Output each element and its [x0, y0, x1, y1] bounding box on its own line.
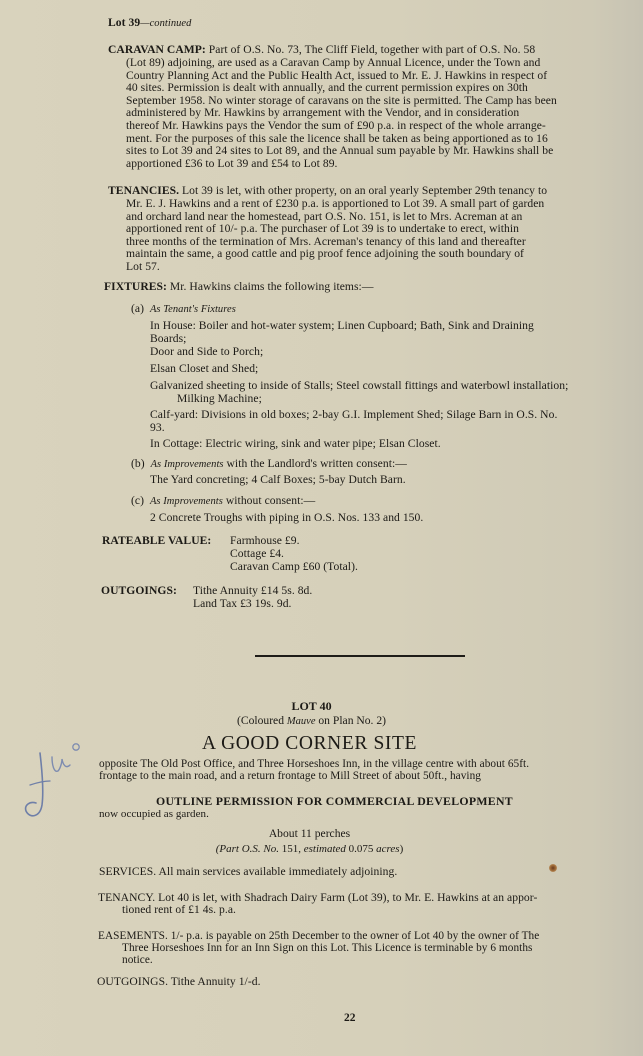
caravan-camp-line-1: (Lot 89) adjoining, are used as a Carava… — [126, 57, 540, 70]
fixtures-intro-text: Mr. Hawkins claims the following items:— — [170, 280, 374, 293]
lot40-easements-line-3: notice. — [122, 954, 153, 967]
fixtures-a-heading: (a) As Tenant's Fixtures — [131, 303, 236, 317]
area-detail-unit: acres — [376, 843, 399, 855]
lot39-outgoings-land-tax: Land Tax £3 19s. 9d. — [193, 598, 292, 611]
area-detail-os-number: 151, — [279, 843, 304, 855]
fixtures-c-marker: (c) — [131, 494, 144, 507]
fixtures-b-rest: with the Landlord's written consent:— — [227, 457, 407, 470]
fixtures-a-item-5: In Cottage: Electric wiring, sink and wa… — [150, 438, 441, 451]
lot40-subtitle-pre: (Coloured — [237, 714, 287, 727]
lot40-subtitle-colour: Mauve — [287, 716, 316, 727]
caravan-camp-line-8: sites to Lot 39 and 24 sites to Lot 89, … — [126, 145, 553, 158]
lot40-area: About 11 perches — [0, 827, 631, 840]
fixtures-label: FIXTURES: — [104, 280, 167, 293]
lot40-outgoings-text: Tithe Annuity 1/-d. — [171, 975, 261, 988]
caravan-camp-line-0: CARAVAN CAMP: Part of O.S. No. 73, The C… — [108, 44, 535, 57]
caravan-camp-label: CARAVAN CAMP: — [108, 43, 206, 56]
fixtures-c-title: As Improvements — [150, 496, 223, 507]
fixtures-a-item-4: Calf-yard: Divisions in old boxes; 2-bay… — [150, 409, 557, 422]
area-detail-close: ) — [400, 843, 404, 855]
document-page: Lot 39—continued CARAVAN CAMP: Part of O… — [0, 0, 643, 1056]
page-number: 22 — [344, 1012, 356, 1025]
rateable-value-caravan-camp: Caravan Camp £60 (Total). — [230, 561, 358, 574]
lot40-heading: A GOOD CORNER SITE — [0, 733, 631, 755]
caravan-camp-line-9: apportioned £36 to Lot 39 and £54 to Lot… — [126, 158, 338, 171]
lot40-easements-line-1: EASEMENTS. 1/- p.a. is payable on 25th D… — [98, 930, 539, 943]
caravan-camp-text: Part of O.S. No. 73, The Cliff Field, to… — [209, 43, 535, 56]
lot39-header-continued: —continued — [140, 18, 191, 29]
area-detail-value: 0.075 — [346, 843, 376, 855]
lot40-description-line-1: opposite The Old Post Office, and Three … — [99, 758, 529, 771]
lot40-outgoings-label: OUTGOINGS. — [97, 975, 168, 988]
easements-text: 1/- p.a. is payable on 25th December to … — [171, 930, 540, 942]
caravan-camp-line-3: 40 sites. Permission is dealt with annua… — [126, 82, 528, 95]
fixtures-intro: FIXTURES: Mr. Hawkins claims the followi… — [104, 281, 373, 294]
fixtures-c-items: 2 Concrete Troughs with piping in O.S. N… — [150, 512, 423, 525]
lot40-easements-line-2: Three Horseshoes Inn for an Inn Sign on … — [122, 942, 533, 955]
lot40-services: SERVICES. All main services available im… — [99, 866, 397, 879]
lot40-subtitle: (Coloured Mauve on Plan No. 2) — [0, 714, 633, 727]
tenancies-line-1: Mr. E. J. Hawkins and a rent of £230 p.a… — [126, 198, 544, 211]
rateable-value-label: RATEABLE VALUE: — [102, 535, 211, 548]
lot40-subtitle-post: on Plan No. 2) — [315, 714, 386, 727]
fixtures-c-rest: without consent:— — [226, 494, 315, 507]
fixtures-c-heading: (c) As Improvements without consent:— — [131, 495, 315, 509]
fixtures-a-item-0-cont: Boards; — [150, 333, 186, 346]
paper-stain — [549, 864, 557, 872]
section-divider — [255, 655, 465, 657]
tenancies-label: TENANCIES. — [108, 184, 179, 197]
area-detail-estimated: estimated — [304, 843, 346, 855]
caravan-camp-line-6: thereof Mr. Hawkins pays the Vendor the … — [126, 120, 546, 133]
fixtures-a-item-2: Elsan Closet and Shed; — [150, 363, 258, 376]
lot40-description-line-2: frontage to the main road, and a return … — [99, 770, 481, 783]
easements-label: EASEMENTS. — [98, 930, 168, 942]
fixtures-b-items: The Yard concreting; 4 Calf Boxes; 5-bay… — [150, 474, 406, 487]
services-label: SERVICES. — [99, 865, 156, 878]
fixtures-b-heading: (b) As Improvements with the Landlord's … — [131, 458, 407, 472]
rateable-value-cottage: Cottage £4. — [230, 548, 284, 561]
tenancies-line-5: maintain the same, a good cattle and pig… — [126, 248, 524, 261]
fixtures-b-title: As Improvements — [151, 459, 224, 470]
lot40-permission: OUTLINE PERMISSION FOR COMMERCIAL DEVELO… — [156, 795, 513, 808]
tenancies-text: Lot 39 is let, with other property, on a… — [182, 184, 547, 197]
lot39-outgoings-tithe: Tithe Annuity £14 5s. 8d. — [193, 585, 312, 598]
lot40-title: LOT 40 — [0, 699, 633, 714]
handwritten-margin-note: £640 — [12, 735, 82, 825]
lot39-header: Lot 39—continued — [108, 17, 191, 31]
lot40-outgoings: OUTGOINGS. Tithe Annuity 1/-d. — [97, 976, 261, 989]
rateable-value-farmhouse: Farmhouse £9. — [230, 535, 300, 548]
tenancies-line-0: TENANCIES. Lot 39 is let, with other pro… — [108, 185, 547, 198]
fixtures-a-marker: (a) — [131, 302, 144, 315]
fixtures-a-item-0: In House: Boiler and hot-water system; L… — [150, 320, 534, 333]
fixtures-a-item-4-cont: 93. — [150, 422, 165, 435]
lot40-area-detail: (Part O.S. No. 151, estimated 0.075 acre… — [0, 843, 631, 855]
lot39-header-label: Lot 39 — [108, 16, 140, 29]
lot40-tenancy-line-2: tioned rent of £1 4s. p.a. — [122, 904, 236, 917]
tenancies-line-6: Lot 57. — [126, 261, 160, 274]
fixtures-a-item-1: Door and Side to Porch; — [150, 346, 263, 359]
fixtures-a-item-3-cont: Milking Machine; — [177, 393, 262, 406]
tenancies-line-3: apportioned rent of 10/- p.a. The purcha… — [126, 223, 519, 236]
area-detail-part: (Part O.S. No. — [216, 843, 279, 855]
fixtures-b-marker: (b) — [131, 457, 145, 470]
services-text: All main services available immediately … — [159, 865, 398, 878]
lot40-now-occupied: now occupied as garden. — [99, 808, 209, 821]
lot39-outgoings-label: OUTGOINGS: — [101, 585, 177, 598]
fixtures-a-title: As Tenant's Fixtures — [150, 304, 236, 315]
fixtures-a-item-3: Galvanized sheeting to inside of Stalls;… — [150, 380, 568, 393]
